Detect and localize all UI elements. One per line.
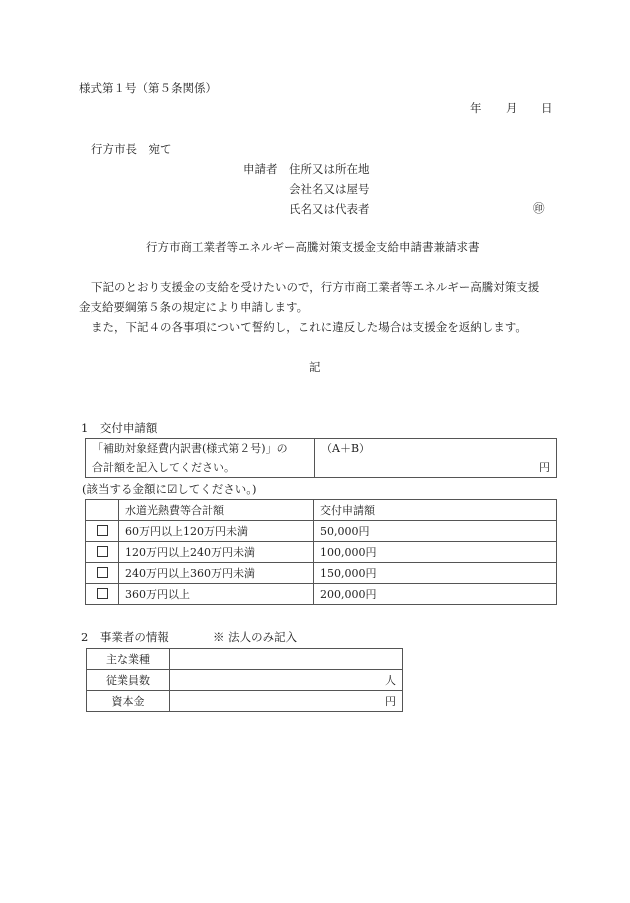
checkbox-option-1[interactable] xyxy=(97,525,108,536)
checkbox-option-4[interactable] xyxy=(97,588,108,599)
body-paragraph-1-line-1: 下記のとおり支援金の支給を受けたいので，行方市商工業者等エネルギー高騰対策支援 xyxy=(91,282,539,294)
amount-cell: 100,000円 xyxy=(314,542,557,563)
table-row: 従業員数 人 xyxy=(87,670,403,691)
header-range: 水道光熱費等合計額 xyxy=(119,500,314,521)
day-label: 日 xyxy=(541,103,553,115)
range-cell: 60万円以上120万円未満 xyxy=(119,521,314,542)
capital-field[interactable]: 円 xyxy=(170,691,403,712)
section1-heading: 1 交付申請額 xyxy=(81,423,157,435)
table-row: 60万円以上120万円未満 50,000円 xyxy=(86,521,557,542)
industry-field[interactable] xyxy=(170,649,403,670)
section2-note: ※ 法人のみ記入 xyxy=(213,632,297,644)
options-table: 水道光熱費等合計額 交付申請額 60万円以上120万円未満 50,000円 12… xyxy=(85,499,557,605)
summary-label-line2: 合計額を記入してください。 xyxy=(86,458,315,478)
checkbox-note: (該当する金額に☑してください。) xyxy=(82,484,257,496)
ki-label: 記 xyxy=(309,362,321,374)
options-header-row: 水道光熱費等合計額 交付申請額 xyxy=(86,500,557,521)
employees-label: 従業員数 xyxy=(87,670,170,691)
header-amount: 交付申請額 xyxy=(314,500,557,521)
capital-label: 資本金 xyxy=(87,691,170,712)
addressee: 行方市長 宛て xyxy=(91,144,172,156)
address-label: 住所又は所在地 xyxy=(289,164,370,176)
document-title: 行方市商工業者等エネルギー高騰対策支援金支給申請書兼請求書 xyxy=(146,242,480,254)
header-check xyxy=(86,500,119,521)
section2-heading: 2 事業者の情報 xyxy=(81,632,169,644)
amount-cell: 150,000円 xyxy=(314,563,557,584)
seal-mark: ㊞ xyxy=(533,203,545,215)
table-row: 240万円以上360万円未満 150,000円 xyxy=(86,563,557,584)
table-row: 360万円以上 200,000円 xyxy=(86,584,557,605)
year-label: 年 xyxy=(470,103,482,115)
business-info-table: 主な業種 従業員数 人 資本金 円 xyxy=(86,648,403,712)
name-label: 氏名又は代表者 xyxy=(289,204,370,216)
form-number: 様式第１号（第５条関係） xyxy=(79,83,217,95)
amount-cell: 200,000円 xyxy=(314,584,557,605)
table-row: 120万円以上240万円未満 100,000円 xyxy=(86,542,557,563)
amount-cell: 50,000円 xyxy=(314,521,557,542)
checkbox-option-2[interactable] xyxy=(97,546,108,557)
checkbox-option-3[interactable] xyxy=(97,567,108,578)
table-row: 主な業種 xyxy=(87,649,403,670)
range-cell: 360万円以上 xyxy=(119,584,314,605)
summary-amount-unit[interactable]: 円 xyxy=(315,458,557,478)
month-label: 月 xyxy=(506,103,518,115)
summary-table: 「補助対象経費内訳書(様式第２号)」の （A＋B） 合計額を記入してください。 … xyxy=(85,438,557,478)
summary-formula[interactable]: （A＋B） xyxy=(315,439,557,459)
range-cell: 240万円以上360万円未満 xyxy=(119,563,314,584)
range-cell: 120万円以上240万円未満 xyxy=(119,542,314,563)
body-paragraph-2: また，下記４の各事項について誓約し，これに違反した場合は支援金を返納します。 xyxy=(91,322,527,334)
applicant-label: 申請者 xyxy=(243,164,278,176)
industry-label: 主な業種 xyxy=(87,649,170,670)
summary-label-line1: 「補助対象経費内訳書(様式第２号)」の xyxy=(86,439,315,459)
company-label: 会社名又は屋号 xyxy=(289,184,370,196)
table-row: 資本金 円 xyxy=(87,691,403,712)
body-paragraph-1-line-2: 金支給要綱第５条の規定により申請します。 xyxy=(79,302,308,314)
employees-field[interactable]: 人 xyxy=(170,670,403,691)
